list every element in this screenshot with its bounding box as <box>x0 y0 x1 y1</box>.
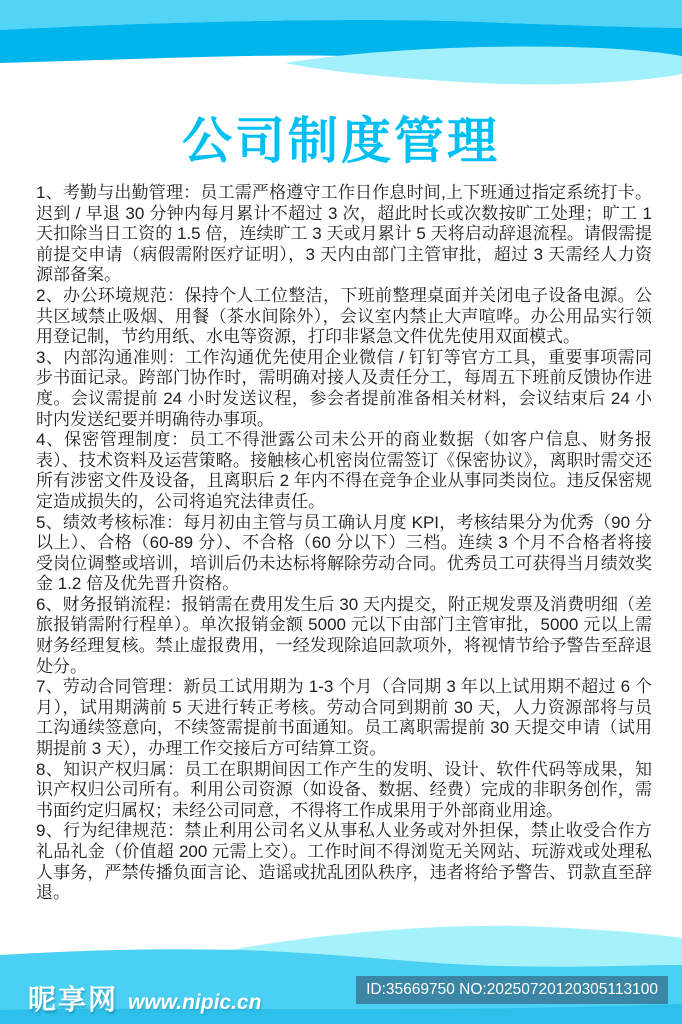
brand-url-text: www.nipic.cn <box>128 991 261 1015</box>
policy-text-block: 1、考勤与出勤管理：员工需严格遵守工作日作息时间,上下班通过指定系统打卡。迟到 … <box>36 183 652 904</box>
policy-section-2: 2、办公环境规范：保持个人工位整洁，下班前整理桌面并关闭电子设备电源。公共区域禁… <box>36 286 652 348</box>
policy-section-7: 7、劳动合同管理：新员工试用期为 1-3 个月（合同期 3 年以上试用期不超过 … <box>36 677 652 759</box>
policy-section-5: 5、绩效考核标准：每月初由主管与员工确认月度 KPI，考核结果分为优秀（90 分… <box>36 513 652 595</box>
site-branding: 昵享网 www.nipic.cn <box>28 978 261 1018</box>
poster-page: 公司制度管理 1、考勤与出勤管理：员工需严格遵守工作日作息时间,上下班通过指定系… <box>0 0 682 1024</box>
page-title: 公司制度管理 <box>0 101 682 173</box>
policy-section-3: 3、内部沟通准则：工作沟通优先使用企业微信 / 钉钉等官方工具，重要事项需同步书… <box>36 348 652 430</box>
watermark-id-badge: ID:35669750 NO:20250720120305113100 <box>356 976 668 1004</box>
policy-section-8: 8、知识产权归属：员工在职期间因工作产生的发明、设计、软件代码等成果，知识产权归… <box>36 760 652 822</box>
policy-section-1: 1、考勤与出勤管理：员工需严格遵守工作日作息时间,上下班通过指定系统打卡。迟到 … <box>36 183 652 286</box>
policy-section-4: 4、保密管理制度：员工不得泄露公司未公开的商业数据（如客户信息、财务报表）、技术… <box>36 430 652 512</box>
brand-logo-text: 昵享网 <box>28 978 118 1018</box>
policy-section-6: 6、财务报销流程：报销需在费用发生后 30 天内提交，附正规发票及消费明细（差旅… <box>36 595 652 677</box>
policy-section-9: 9、行为纪律规范：禁止利用公司名义从事私人业务或对外担保，禁止收受合作方礼品礼金… <box>36 821 652 903</box>
